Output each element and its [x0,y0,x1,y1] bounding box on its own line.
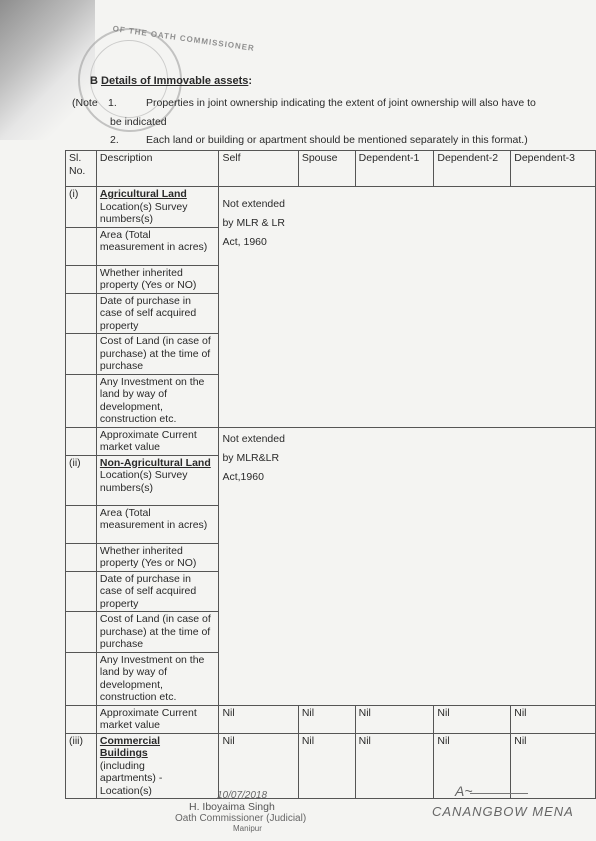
sl-cell [66,612,97,653]
row-label: Approximate Current market value [96,427,219,455]
note-2-num: 2. [110,134,119,146]
signature-date: 10/07/2018 [175,790,306,801]
not-extended-text: Not extended by MLR & LR Act, 1960 [222,195,292,252]
header-spouse: Spouse [298,151,355,187]
value-self: Nil [219,705,298,733]
row-label: Approximate Current market value [96,705,219,733]
sl-cell: (ii) [66,455,97,505]
value-self: Nil [219,733,298,799]
value-dependent-2: Nil [434,705,511,733]
signatory-designation: Oath Commissioner (Judicial) [175,813,306,824]
header-description: Description [96,151,219,187]
section-colon: : [248,75,252,87]
row-label: Area (Total measurement in acres) [96,505,219,543]
signatory-name: H. Iboyaima Singh [175,801,306,813]
sl-cell [66,705,97,733]
row-label: Date of purchase in case of self acquire… [96,571,219,612]
sl-cell: (i) [66,187,97,228]
row-label: Whether inherited property (Yes or NO) [96,265,219,293]
sl-cell [66,652,97,705]
description-cell: Non-Agricultural Land Location(s) Survey… [96,455,219,505]
row-label: Location(s) Survey numbers(s) [100,469,216,494]
agricultural-self-value: Not extended by MLR & LR Act, 1960 [219,187,596,428]
value-spouse: Nil [298,705,355,733]
row-label: Whether inherited property (Yes or NO) [96,543,219,571]
table-row: Approximate Current market value Nil Nil… [66,705,596,733]
row-label: Cost of Land (in case of purchase) at th… [96,612,219,653]
category-title: Commercial Buildings [100,735,180,760]
header-dependent-1: Dependent-1 [355,151,434,187]
sl-cell [66,374,97,427]
sl-cell [66,227,97,265]
header-self: Self [219,151,298,187]
sl-cell [66,334,97,375]
sl-cell [66,571,97,612]
not-extended-text: Not extended by MLR&LR Act,1960 [222,430,292,487]
sl-cell [66,293,97,334]
category-title: Non-Agricultural Land [100,457,216,470]
sl-cell: (iii) [66,733,97,799]
row-label: Location(s) Survey numbers(s) [100,201,216,226]
section-title: Details of Immovable assets [101,75,248,87]
value-dependent-3: Nil [511,705,596,733]
deponent-signature-mark: A~ [455,783,473,799]
note-1-cont: be indicated [110,116,167,128]
signature-line [470,793,528,794]
header-sl: Sl. No. [66,151,97,187]
value-dependent-1: Nil [355,733,434,799]
header-dependent-3: Dependent-3 [511,151,596,187]
note-open: (Note [72,97,98,109]
deponent-name: CANANGBOW MENA [432,804,574,819]
section-heading: B Details of Immovable assets: [90,75,252,87]
sl-cell [66,505,97,543]
note-2-text: Each land or building or apartment shoul… [146,134,528,146]
section-prefix: B [90,75,98,87]
row-label: Area (Total measurement in acres) [96,227,219,265]
value-spouse: Nil [298,733,355,799]
sl-cell [66,543,97,571]
header-dependent-2: Dependent-2 [434,151,511,187]
table-row: Approximate Current market value Not ext… [66,427,596,455]
row-label: Cost of Land (in case of purchase) at th… [96,334,219,375]
note-1-num: 1. [108,97,117,109]
table-row: (i) Agricultural Land Location(s) Survey… [66,187,596,228]
non-agricultural-self-value: Not extended by MLR&LR Act,1960 [219,427,596,705]
value-dependent-3: Nil [511,733,596,799]
oath-commissioner-signature: 10/07/2018 H. Iboyaima Singh Oath Commis… [175,790,306,833]
note-1-text: Properties in joint ownership indicating… [146,97,536,109]
sl-cell [66,427,97,455]
sl-cell [66,265,97,293]
row-label: Any Investment on the land by way of dev… [96,652,219,705]
category-title: Agricultural Land [100,188,216,201]
row-label: Date of purchase in case of self acquire… [96,293,219,334]
table-header-row: Sl. No. Description Self Spouse Dependen… [66,151,596,187]
description-cell: Commercial Buildings (including apartmen… [96,733,219,799]
table-row: (iii) Commercial Buildings (including ap… [66,733,596,799]
signatory-place: Manipur [175,824,306,833]
row-label: (including apartments) -Location(s) [100,760,180,798]
description-cell: Agricultural Land Location(s) Survey num… [96,187,219,228]
value-dependent-1: Nil [355,705,434,733]
immovable-assets-table: Sl. No. Description Self Spouse Dependen… [65,150,596,799]
row-label: Any Investment on the land by way of dev… [96,374,219,427]
